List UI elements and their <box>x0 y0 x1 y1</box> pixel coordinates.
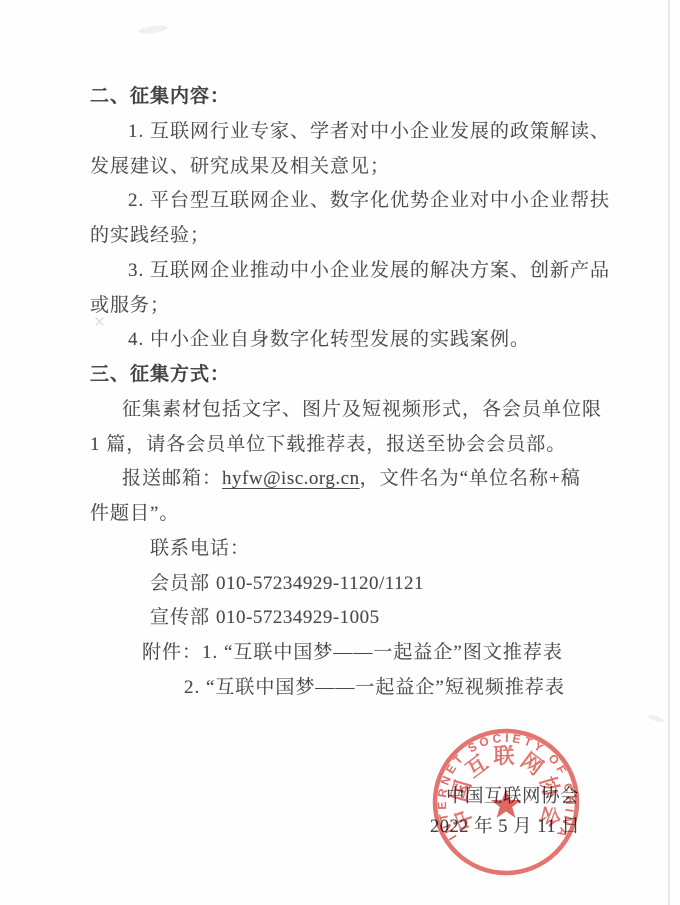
scan-smudge <box>648 714 665 724</box>
attachment-line-2: 2. “互联中国梦——一起益企”短视频推荐表 <box>90 671 610 706</box>
para-1-line-1: 征集素材包括文字、图片及短视频形式，各会员单位限 <box>90 393 610 428</box>
email-suffix: ，文件名为“单位名称+稿 <box>360 468 581 489</box>
section-3-heading: 三、征集方式： <box>90 358 610 393</box>
email-line-cont: 件题目”。 <box>90 497 610 532</box>
item-2-line-1: 2. 平台型互联网企业、数字化优势企业对中小企业帮扶 <box>90 184 610 219</box>
phone-dept: 会员部 <box>150 573 210 594</box>
phone-number: 010-57234929-1120/1121 <box>216 573 424 594</box>
scan-edge-line <box>668 0 670 905</box>
phone-row-membership: 会员部010-57234929-1120/1121 <box>90 567 610 602</box>
phone-row-publicity: 宣传部010-57234929-1005 <box>90 601 610 636</box>
para-1-line-2: 1 篇，请各会员单位下载推荐表，报送至协会会员部。 <box>90 428 610 463</box>
document-page: 二、征集内容： 1. 互联网行业专家、学者对中小企业发展的政策解读、 发展建议、… <box>0 0 680 905</box>
phone-dept: 宣传部 <box>150 607 210 628</box>
contact-label: 联系电话： <box>90 532 610 567</box>
document-body: 二、征集内容： 1. 互联网行业专家、学者对中小企业发展的政策解读、 发展建议、… <box>90 0 610 706</box>
item-3-line-1: 3. 互联网企业推动中小企业发展的解决方案、创新产品 <box>90 254 610 289</box>
item-4-line: 4. 中小企业自身数字化转型发展的实践案例。 <box>90 323 610 358</box>
email-label: 报送邮箱： <box>122 468 222 489</box>
official-stamp: INTERNET SOCIETY OF CHINA 中国互联网协会 <box>421 717 591 887</box>
item-1-line-2: 发展建议、研究成果及相关意见； <box>90 150 610 185</box>
item-3-line-2: 或服务； <box>90 289 610 324</box>
email-address: hyfw@isc.org.cn <box>222 468 360 489</box>
item-1-line-1: 1. 互联网行业专家、学者对中小企业发展的政策解读、 <box>90 115 610 150</box>
phone-number: 010-57234929-1005 <box>216 607 380 628</box>
email-line: 报送邮箱：hyfw@isc.org.cn，文件名为“单位名称+稿 <box>90 462 610 497</box>
section-2-heading: 二、征集内容： <box>90 80 610 115</box>
stamp-star-icon <box>491 789 521 818</box>
attachment-line-1: 附件：1. “互联中国梦——一起益企”图文推荐表 <box>90 636 610 671</box>
item-2-line-2: 的实践经验； <box>90 219 610 254</box>
